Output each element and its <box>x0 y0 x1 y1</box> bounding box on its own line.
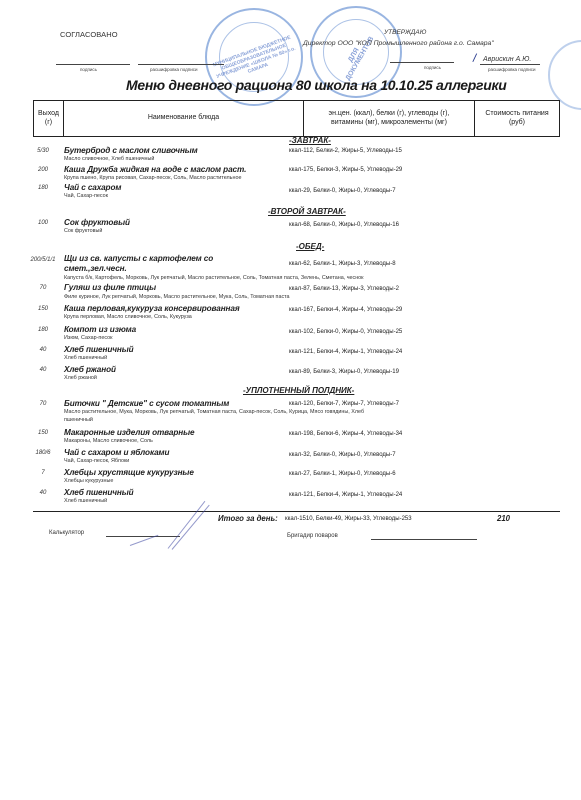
brigadier-label: Бригадир поваров <box>287 533 338 539</box>
totals-values: ккал-1510, Белки-49, Жиры-33, Углеводы-2… <box>285 516 412 522</box>
item-ingredients: Сок фруктовый <box>64 228 102 235</box>
item-yield: 180/6 <box>28 450 58 456</box>
item-name: Хлеб пшеничный <box>64 488 134 497</box>
item-yield: 100 <box>28 220 58 226</box>
column-yield: Выход (г) <box>34 101 64 136</box>
item-nutrition: ккал-62, Белки-1, Жиры-3, Углеводы-8 <box>289 261 396 267</box>
item-nutrition: ккал-102, Белки-0, Жиры-0, Углеводы-25 <box>289 329 402 335</box>
approved-sign-caption: подпись <box>80 67 97 72</box>
item-name: Гуляш из филе птицы <box>64 283 156 292</box>
calculator-label: Калькулятор <box>49 530 84 536</box>
signer-decode-line <box>480 64 540 65</box>
item-yield: 7 <box>28 470 58 476</box>
item-name: Сок фруктовый <box>64 218 130 227</box>
item-ingredients: Чай, Сахар-песок, Яблоки <box>64 458 129 465</box>
item-ingredients: Хлебцы кукурузные <box>64 478 113 485</box>
item-yield: 5/30 <box>28 148 58 154</box>
item-nutrition: ккал-198, Белки-6, Жиры-4, Углеводы-34 <box>289 431 402 437</box>
item-ingredients-line1: Масло растительное, Мука, Морковь, Лук р… <box>64 409 364 416</box>
item-nutrition: ккал-89, Белки-3, Жиры-0, Углеводы-19 <box>289 369 399 375</box>
item-ingredients: Хлеб ржаной <box>64 375 97 382</box>
table-header: Выход (г) Наименование блюда эн.цен. (кк… <box>33 100 560 137</box>
item-nutrition: ккал-27, Белки-1, Жиры-0, Углеводы-6 <box>289 471 396 477</box>
item-nutrition: ккал-32, Белки-0, Жиры-0, Углеводы-7 <box>289 452 396 458</box>
item-ingredients: Филе куриное, Лук репчатый, Морковь, Мас… <box>64 294 290 301</box>
signer-decode-caption: расшифровка подписи <box>488 67 535 72</box>
item-nutrition: ккал-29, Белки-0, Жиры-0, Углеводы-7 <box>289 188 396 194</box>
item-ingredients: Крупа перловая, Масло сливочное, Соль, К… <box>64 314 192 321</box>
item-nutrition: ккал-121, Белки-4, Жиры-1, Углеводы-24 <box>289 349 402 355</box>
page-title: Меню дневного рациона 80 школа на 10.10.… <box>126 77 507 93</box>
column-nutrition: эн.цен. (ккал), белки (г), углеводы (г),… <box>304 101 475 136</box>
item-name: Бутерброд с маслом сливочным <box>64 146 198 155</box>
item-nutrition: ккал-112, Белки-2, Жиры-5, Углеводы-15 <box>289 148 402 154</box>
section-title-lunch: -ОБЕД- <box>296 242 324 251</box>
item-name: Биточки " Детские" с сусом томатным <box>64 399 229 408</box>
item-yield: 200 <box>28 167 58 173</box>
section-title-breakfast: -ЗАВТРАК- <box>289 136 331 145</box>
item-ingredients: Изюм, Сахар-песок <box>64 335 112 342</box>
director-sign-caption: подпись <box>424 65 441 70</box>
totals-label: Итого за день: <box>218 514 278 523</box>
item-name: Хлеб ржаной <box>64 365 116 374</box>
approved-label: СОГЛАСОВАНО <box>60 30 118 39</box>
approved-sign-line <box>56 64 130 65</box>
column-name: Наименование блюда <box>64 101 304 136</box>
item-yield: 180 <box>28 185 58 191</box>
item-ingredients: Макароны, Масло сливочное, Соль <box>64 438 153 445</box>
item-name-line1: Щи из св. капусты с картофелем со <box>64 254 213 263</box>
item-ingredients: Масло сливочное, Хлеб пшеничный <box>64 156 154 163</box>
item-nutrition: ккал-121, Белки-4, Жиры-1, Углеводы-24 <box>289 492 402 498</box>
item-yield: 180 <box>28 327 58 333</box>
item-yield: 200/5/1/1 <box>20 257 66 263</box>
brigadier-sign-line <box>371 539 477 540</box>
item-yield: 150 <box>28 306 58 312</box>
item-ingredients: Хлеб пшеничный <box>64 498 107 505</box>
item-name: Каша Дружба жидкая на воде с маслом раст… <box>64 165 246 174</box>
signature-stroke <box>168 501 206 549</box>
item-nutrition: ккал-167, Белки-4, Жиры-4, Углеводы-29 <box>289 307 402 313</box>
item-yield: 40 <box>28 347 58 353</box>
item-ingredients: Капуста б/к, Картофель, Морковь, Лук реп… <box>64 275 364 282</box>
totals-cost: 210 <box>497 514 510 523</box>
item-nutrition: ккал-175, Белки-3, Жиры-5, Углеводы-29 <box>289 167 402 173</box>
item-name: Хлебцы хрустящие кукурузные <box>64 468 194 477</box>
item-name: Каша перловая,кукуруза консервированная <box>64 304 240 313</box>
item-nutrition: ккал-68, Белки-0, Жиры-0, Углеводы-16 <box>289 222 399 228</box>
signature-mark: / <box>472 51 478 65</box>
item-name: Чай с сахаром <box>64 183 121 192</box>
signer-name: Аврискин А.Ю. <box>483 56 531 63</box>
confirm-label: УТВЕРЖДАЮ <box>384 29 426 36</box>
item-name: Хлеб пшеничный <box>64 345 134 354</box>
column-cost: Стоимость питания (руб) <box>475 101 559 136</box>
director-text: Директор ООО "КОП Промышленного района г… <box>303 40 494 47</box>
section-title-second-breakfast: -ВТОРОЙ ЗАВТРАК- <box>268 207 346 216</box>
section-title-afternoon-snack: -УПЛОТНЕННЫЙ ПОЛДНИК- <box>243 386 354 395</box>
approved-decode-line <box>138 64 224 65</box>
item-yield: 70 <box>28 285 58 291</box>
totals-divider <box>33 511 560 512</box>
item-nutrition: ккал-87, Белки-13, Жиры-3, Углеводы-2 <box>289 286 399 292</box>
item-name: Макаронные изделия отварные <box>64 428 194 437</box>
item-name: Чай с сахаром и яблоками <box>64 448 169 457</box>
item-yield: 150 <box>28 430 58 436</box>
item-nutrition: ккал-120, Белки-7, Жиры-7, Углеводы-7 <box>289 401 399 407</box>
item-yield: 70 <box>28 401 58 407</box>
approved-decode-caption: расшифровка подписи <box>150 67 197 72</box>
director-sign-line <box>390 62 454 63</box>
item-yield: 40 <box>28 490 58 496</box>
item-ingredients-line2: пшеничный <box>64 417 93 424</box>
item-ingredients: Хлеб пшеничный <box>64 355 107 362</box>
item-ingredients: Чай, Сахар-песок <box>64 193 108 200</box>
item-name: Компот из изюма <box>64 325 136 334</box>
item-yield: 40 <box>28 367 58 373</box>
calculator-sign-line <box>106 536 180 537</box>
item-name-line2: смет.,зел.чесн. <box>64 264 127 273</box>
item-ingredients: Крупа пшено, Крупа рисовая, Сахар-песок,… <box>64 175 241 182</box>
